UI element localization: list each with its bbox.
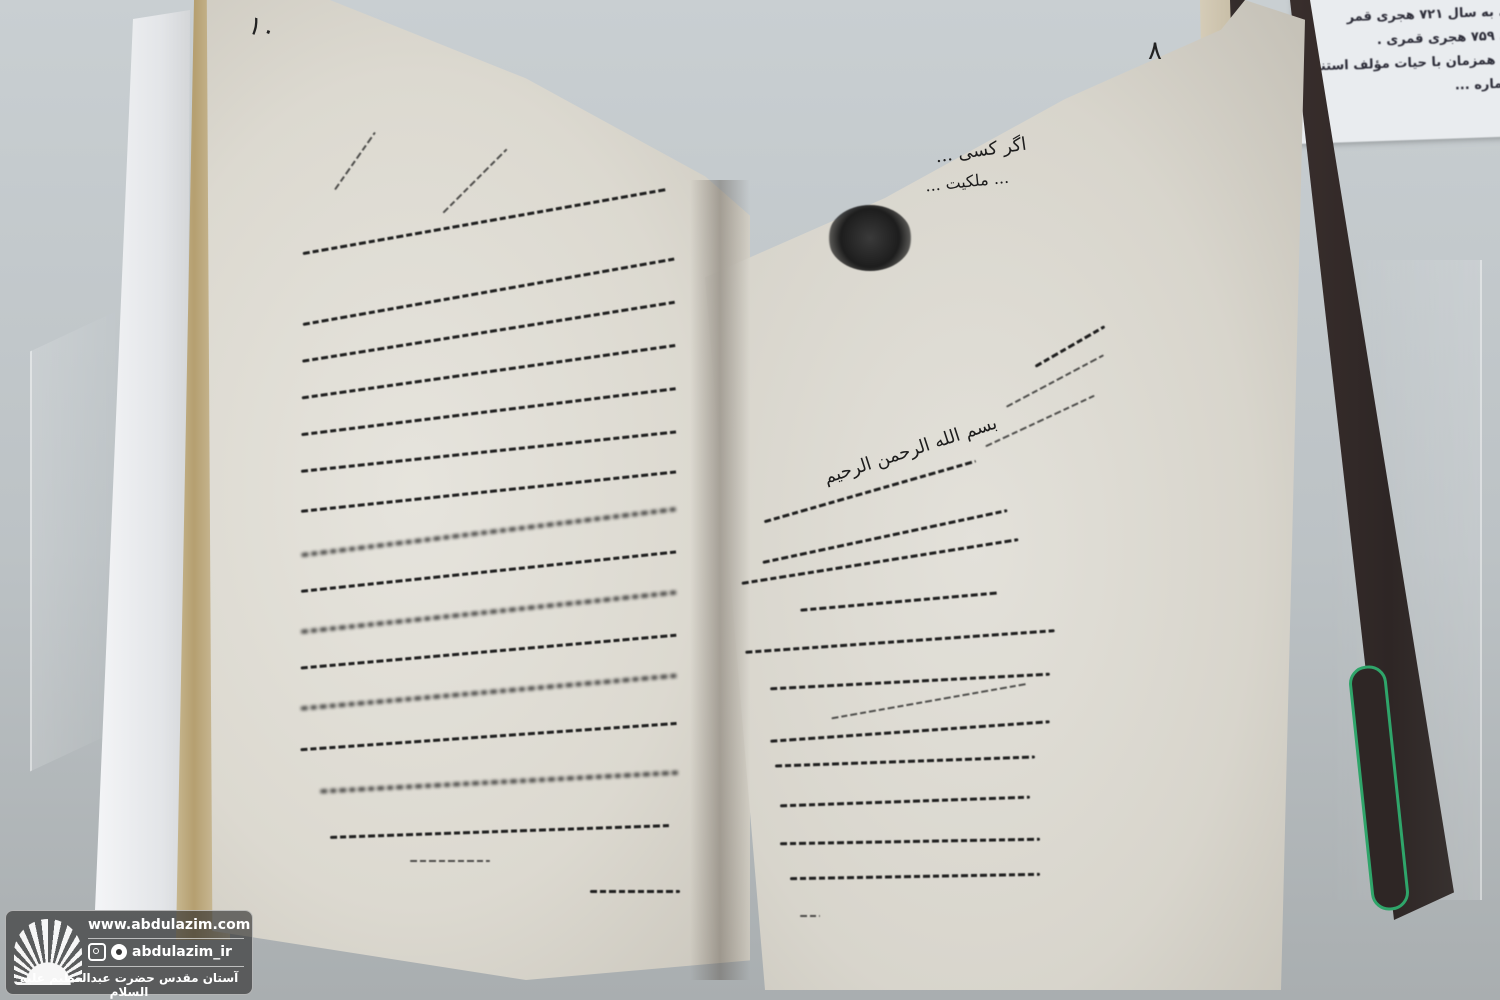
divider (88, 966, 244, 967)
page-number-right: ٨ (1148, 36, 1162, 66)
ownership-seal (828, 205, 912, 271)
watermark-badge: www.abdulazim.com abdulazim_ir آستان مقد… (5, 910, 253, 995)
watermark-website: www.abdulazim.com (88, 917, 250, 933)
social-handle: abdulazim_ir (132, 944, 232, 960)
instagram-icon (88, 943, 106, 961)
book-gutter (690, 180, 750, 980)
divider (88, 938, 244, 939)
watermark-social: abdulazim_ir (88, 943, 232, 961)
aparat-icon (111, 944, 127, 960)
manuscript-photo: ... به سال ۷۲۱ هجری قمر ... ۷۵۹ هجری قمر… (0, 0, 1500, 1000)
organization-name: آستان مقدس حضرت عبدالعظیم علیه السلام (12, 971, 246, 999)
